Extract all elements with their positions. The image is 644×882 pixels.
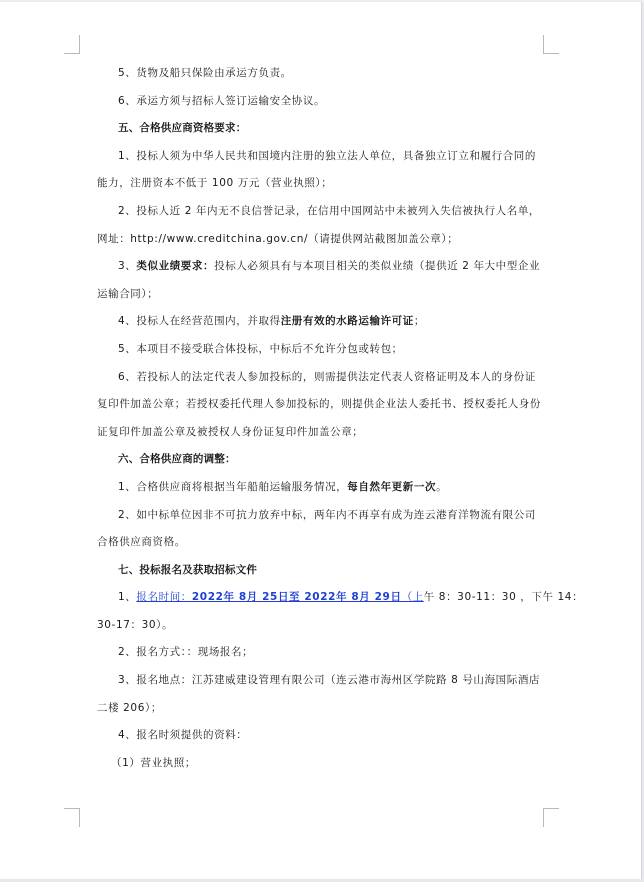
- bold-label: 类似业绩要求：: [136, 260, 214, 272]
- paragraph: 6、若投标人的法定代表人参加投标的，则需提供法定代表人资格证明及本人的身份证: [97, 364, 549, 392]
- paragraph: 2、报名方式：：现场报名；: [97, 639, 549, 667]
- paragraph: 1、投标人须为中华人民共和国境内注册的独立法人单位，具备独立订立和履行合同的: [97, 143, 549, 171]
- paragraph: 5、货物及船只保险由承运方负责。: [97, 60, 549, 88]
- paragraph: 2、投标人近 2 年内无不良信誉记录，在信用中国网站中未被列入失信被执行人名单，: [97, 198, 549, 226]
- margin-mark-bottom-right: [543, 808, 559, 827]
- margin-mark-bottom-left: [64, 808, 80, 827]
- paragraph: 1、报名时间：2022年 8月 25日至 2022年 8月 29日（上午 8：3…: [97, 584, 549, 612]
- bold-emphasis: 每自然年更新一次: [347, 481, 436, 493]
- paragraph: 2、如中标单位因非不可抗力放弃中标，两年内不再享有成为连云港育洋物流有限公司: [97, 502, 549, 530]
- paragraph-continuation: 合格供应商资格。: [97, 529, 549, 557]
- item-punct: 。: [436, 481, 447, 493]
- link-tail: （上: [402, 591, 424, 603]
- item-text: 午 8：30-11：30 ，下午 14：: [424, 591, 583, 603]
- section-heading-7: 七、投标报名及获取招标文件: [97, 557, 549, 585]
- link-dates: 2022年 8月 25日至 2022年 8月 29日: [192, 591, 402, 603]
- registration-time-link[interactable]: 报名时间：2022年 8月 25日至 2022年 8月 29日（上: [136, 591, 423, 603]
- item-text: 1、合格供应商将根据当年船舶运输服务情况，: [118, 481, 347, 493]
- paragraph: 3、类似业绩要求：投标人必须具有与本项目相关的类似业绩（提供近 2 年大中型企业: [97, 253, 549, 281]
- paragraph: 6、承运方须与招标人签订运输安全协议。: [97, 88, 549, 116]
- margin-mark-top-right: [543, 35, 559, 54]
- paragraph-continuation: 证复印件加盖公章及被授权人身份证复印件加盖公章；: [97, 419, 549, 447]
- paragraph-continuation: 运输合同）；: [97, 281, 549, 309]
- link-label: 报名时间：: [136, 591, 192, 603]
- item-number: 1、: [118, 591, 136, 603]
- paragraph-continuation: 30-17：30）。: [97, 612, 549, 640]
- paragraph-continuation: 复印件加盖公章；若授权委托代理人参加投标的，则提供企业法人委托书、授权委托人身份: [97, 391, 549, 419]
- paragraph: 3、报名地点：江苏建威建设管理有限公司（连云港市海州区学院路 8 号山海国际酒店: [97, 667, 549, 695]
- section-heading-6: 六、合格供应商的调整：: [97, 446, 549, 474]
- sub-item: （1）营业执照；: [97, 750, 549, 778]
- document-body[interactable]: 5、货物及船只保险由承运方负责。 6、承运方须与招标人签订运输安全协议。 五、合…: [97, 60, 549, 777]
- paragraph: 1、合格供应商将根据当年船舶运输服务情况，每自然年更新一次。: [97, 474, 549, 502]
- paragraph-continuation: 能力，注册资本不低于 100 万元（营业执照）；: [97, 170, 549, 198]
- section-heading-5: 五、合格供应商资格要求：: [97, 115, 549, 143]
- paragraph-continuation: 网址：http://www.creditchina.gov.cn/（请提供网站截…: [97, 226, 549, 254]
- item-text: 投标人必须具有与本项目相关的类似业绩（提供近 2 年大中型企业: [214, 260, 540, 272]
- item-number: 3、: [118, 260, 136, 272]
- paragraph: 5、本项目不接受联合体投标，中标后不允许分包或转包；: [97, 336, 549, 364]
- paragraph: 4、报名时须提供的资料：: [97, 722, 549, 750]
- bold-emphasis: 注册有效的水路运输许可证: [281, 315, 414, 327]
- paragraph-continuation: 二楼 206）；: [97, 695, 549, 723]
- item-punct: ；: [414, 315, 425, 327]
- item-text: 4、投标人在经营范围内，并取得: [118, 315, 281, 327]
- document-page: 5、货物及船只保险由承运方负责。 6、承运方须与招标人签订运输安全协议。 五、合…: [0, 2, 642, 879]
- paragraph: 4、投标人在经营范围内，并取得注册有效的水路运输许可证；: [97, 308, 549, 336]
- margin-mark-top-left: [64, 35, 80, 54]
